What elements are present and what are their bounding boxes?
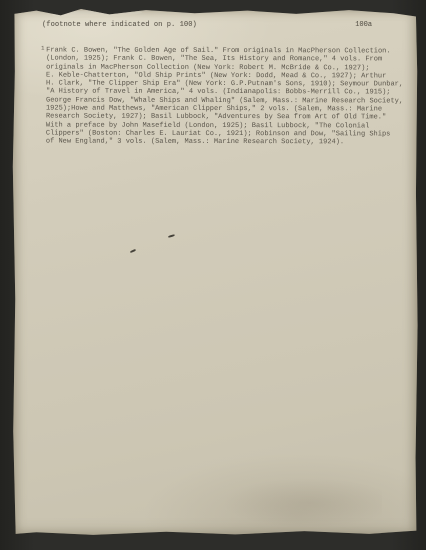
footnote-marker: 1 (41, 44, 44, 52)
paper-edge-crease (52, 9, 142, 18)
scanned-document-background: (footnote where indicated on p. 100) 100… (0, 0, 426, 550)
footnote-block: 1Frank C. Bowen, "The Golden Age of Sail… (46, 47, 412, 148)
footnote-line: 1Frank C. Bowen, "The Golden Age of Sail… (46, 47, 412, 56)
footnote-line-text: Frank C. Bowen, "The Golden Age of Sail.… (46, 47, 390, 56)
page-number: 100a (355, 21, 372, 29)
page-header-note: (footnote where indicated on p. 100) (42, 21, 197, 29)
ink-speck (168, 234, 175, 238)
ink-speck (130, 249, 136, 254)
document-page: (footnote where indicated on p. 100) 100… (12, 8, 418, 537)
footnote-line: of New England," 3 vols. (Salem, Mass.: … (46, 138, 412, 147)
paper-smudge (222, 478, 382, 528)
